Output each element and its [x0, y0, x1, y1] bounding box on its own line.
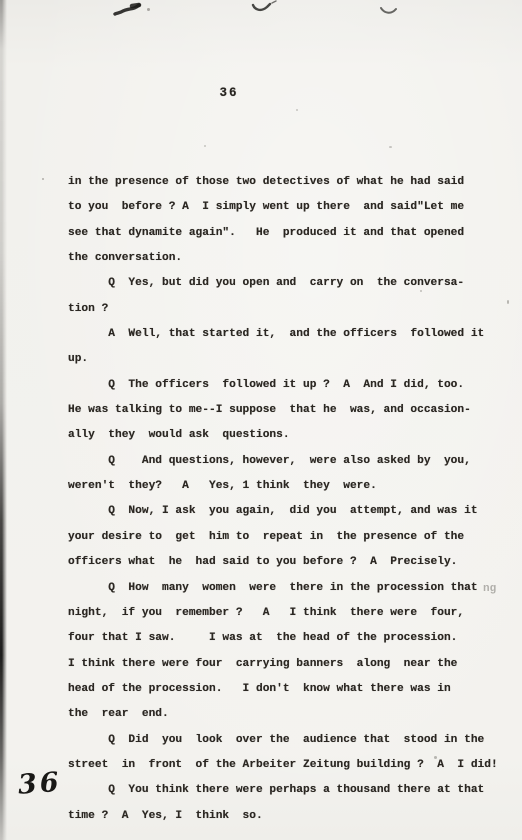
- pen-marks: [0, 0, 522, 30]
- text-line: head of the procession. I don't know wha…: [68, 677, 514, 702]
- text-line: Q The officers followed it up ? A And I …: [68, 373, 514, 398]
- text-line: night, if you remember ? A I think there…: [68, 601, 514, 626]
- typed-page-number: 36: [204, 86, 254, 100]
- binding-edge-shadow: [0, 0, 7, 840]
- paper-speck: [147, 8, 150, 11]
- paper-speck: [434, 756, 437, 759]
- text-line: tion ?: [68, 297, 514, 322]
- paper-speck: [420, 290, 422, 292]
- text-line: He was talking to me--I suppose that he …: [68, 398, 514, 423]
- document-page: 36 in the presence of those two detectiv…: [0, 0, 522, 840]
- text-line: Q Did you look over the audience that st…: [68, 728, 514, 753]
- text-line: officers what he had said to you before …: [68, 550, 514, 575]
- text-line: time ? A Yes, I think so.: [68, 804, 514, 829]
- text-line: street in front of the Arbeiter Zeitung …: [68, 753, 514, 778]
- text-line: Q You think there were perhaps a thousan…: [68, 778, 514, 803]
- text-line: the conversation.: [68, 246, 514, 271]
- text-line: to you before ? A I simply went up there…: [68, 195, 514, 220]
- paper-speck: [389, 146, 392, 148]
- paper-speck: [507, 300, 509, 304]
- text-line: Q How many women were there in the proce…: [68, 576, 514, 601]
- handwritten-page-number: 36: [17, 766, 69, 800]
- text-line: your desire to get him to repeat in the …: [68, 525, 514, 550]
- text-line: four that I saw. I was at the head of th…: [68, 626, 514, 651]
- pen-mark-center-tail: [272, 1, 276, 3]
- text-line: A Well, that started it, and the officer…: [68, 322, 514, 347]
- text-line: ally they would ask questions.: [68, 423, 514, 448]
- text-line: Q Yes, but did you open and carry on the…: [68, 271, 514, 296]
- paper-speck: [296, 109, 298, 111]
- paper-speck: [42, 178, 44, 180]
- typed-text-block: in the presence of those two detectives …: [68, 170, 514, 829]
- pen-mark-center: [253, 4, 270, 10]
- text-line: weren't they? A Yes, 1 think they were.: [68, 474, 514, 499]
- text-line: see that dynamite again". He produced it…: [68, 221, 514, 246]
- text-line: up.: [68, 347, 514, 372]
- pen-mark-right: [381, 8, 396, 13]
- text-line: Q And questions, however, were also aske…: [68, 449, 514, 474]
- text-line: Q Now, I ask you again, did you attempt,…: [68, 499, 514, 524]
- text-line: the rear end.: [68, 702, 514, 727]
- ink-smudge: ng: [483, 583, 496, 595]
- text-line: in the presence of those two detectives …: [68, 170, 514, 195]
- text-line: I think there were four carrying banners…: [68, 652, 514, 677]
- paper-speck: [204, 145, 206, 147]
- pen-mark-left-tip: [132, 5, 139, 6]
